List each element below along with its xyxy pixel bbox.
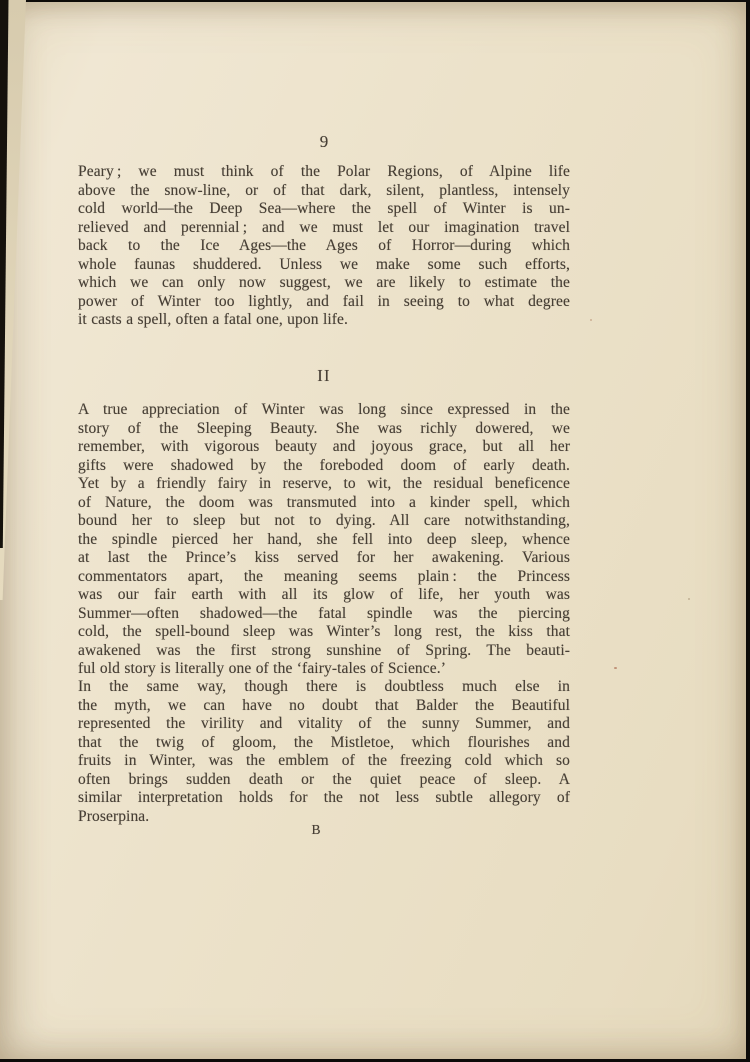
text-line: it casts a spell, often a fatal one, upo… <box>78 311 570 330</box>
text-line: Summer—often shadowed—the fatal spindle … <box>78 605 570 624</box>
text-line: ful old story is literally one of the ‘f… <box>78 660 570 679</box>
text-line: whole faunas shuddered. Unless we make s… <box>78 256 570 275</box>
page-number: 9 <box>78 131 570 153</box>
signature-mark: B <box>70 821 562 839</box>
text-line: commentators apart, the meaning seems pl… <box>78 568 570 587</box>
text-line: represented the virility and vitality of… <box>78 715 570 734</box>
text-line: fruits in Winter, was the emblem of the … <box>78 752 570 771</box>
text-line: back to the Ice Ages—the Ages of Horror—… <box>78 237 570 256</box>
text-line: story of the Sleeping Beauty. She was ri… <box>78 420 570 439</box>
text-line: cold world—the Deep Sea—where the spell … <box>78 200 570 219</box>
text-line: which we can only now suggest, we are li… <box>78 274 570 293</box>
text-line: cold, the spell-bound sleep was Winter’s… <box>78 623 570 642</box>
page-surface: 9 Peary ; we must think of the Polar Reg… <box>0 2 746 1059</box>
text-line: Yet by a friendly fairy in reserve, to w… <box>78 475 570 494</box>
text-line: Peary ; we must think of the Polar Regio… <box>78 163 570 182</box>
text-line: of Nature, the doom was transmuted into … <box>78 494 570 513</box>
text-line: at last the Prince’s kiss served for her… <box>78 549 570 568</box>
text-line: the myth, we can have no doubt that Bald… <box>78 697 570 716</box>
text-line: was our fair earth with all its glow of … <box>78 586 570 605</box>
scanned-book-page: 9 Peary ; we must think of the Polar Reg… <box>0 0 750 1062</box>
text-line: similar interpretation holds for the not… <box>78 789 570 808</box>
paragraph-1: Peary ; we must think of the Polar Regio… <box>78 163 570 330</box>
text-line: In the same way, though there is doubtle… <box>78 678 570 697</box>
paper-speck <box>688 598 690 600</box>
paper-speck <box>590 319 592 321</box>
text-line: relieved and perennial ; and we must let… <box>78 219 570 238</box>
paragraph-3: In the same way, though there is doubtle… <box>78 678 570 826</box>
paper-speck <box>614 667 617 669</box>
paragraph-2: A true appreciation of Winter was long s… <box>78 401 570 679</box>
text-line: power of Winter too lightly, and fail in… <box>78 293 570 312</box>
text-line: A true appreciation of Winter was long s… <box>78 401 570 420</box>
text-line: awakened was the first strong sunshine o… <box>78 642 570 661</box>
text-line: the spindle pierced her hand, she fell i… <box>78 531 570 550</box>
text-line: that the twig of gloom, the Mistletoe, w… <box>78 734 570 753</box>
section-heading: II <box>78 365 570 387</box>
text-line: above the snow-line, or of that dark, si… <box>78 182 570 201</box>
text-line: gifts were shadowed by the foreboded doo… <box>78 457 570 476</box>
text-line: remember, with vigorous beauty and joyou… <box>78 438 570 457</box>
text-line: often brings sudden death or the quiet p… <box>78 771 570 790</box>
text-line: bound her to sleep but not to dying. All… <box>78 512 570 531</box>
